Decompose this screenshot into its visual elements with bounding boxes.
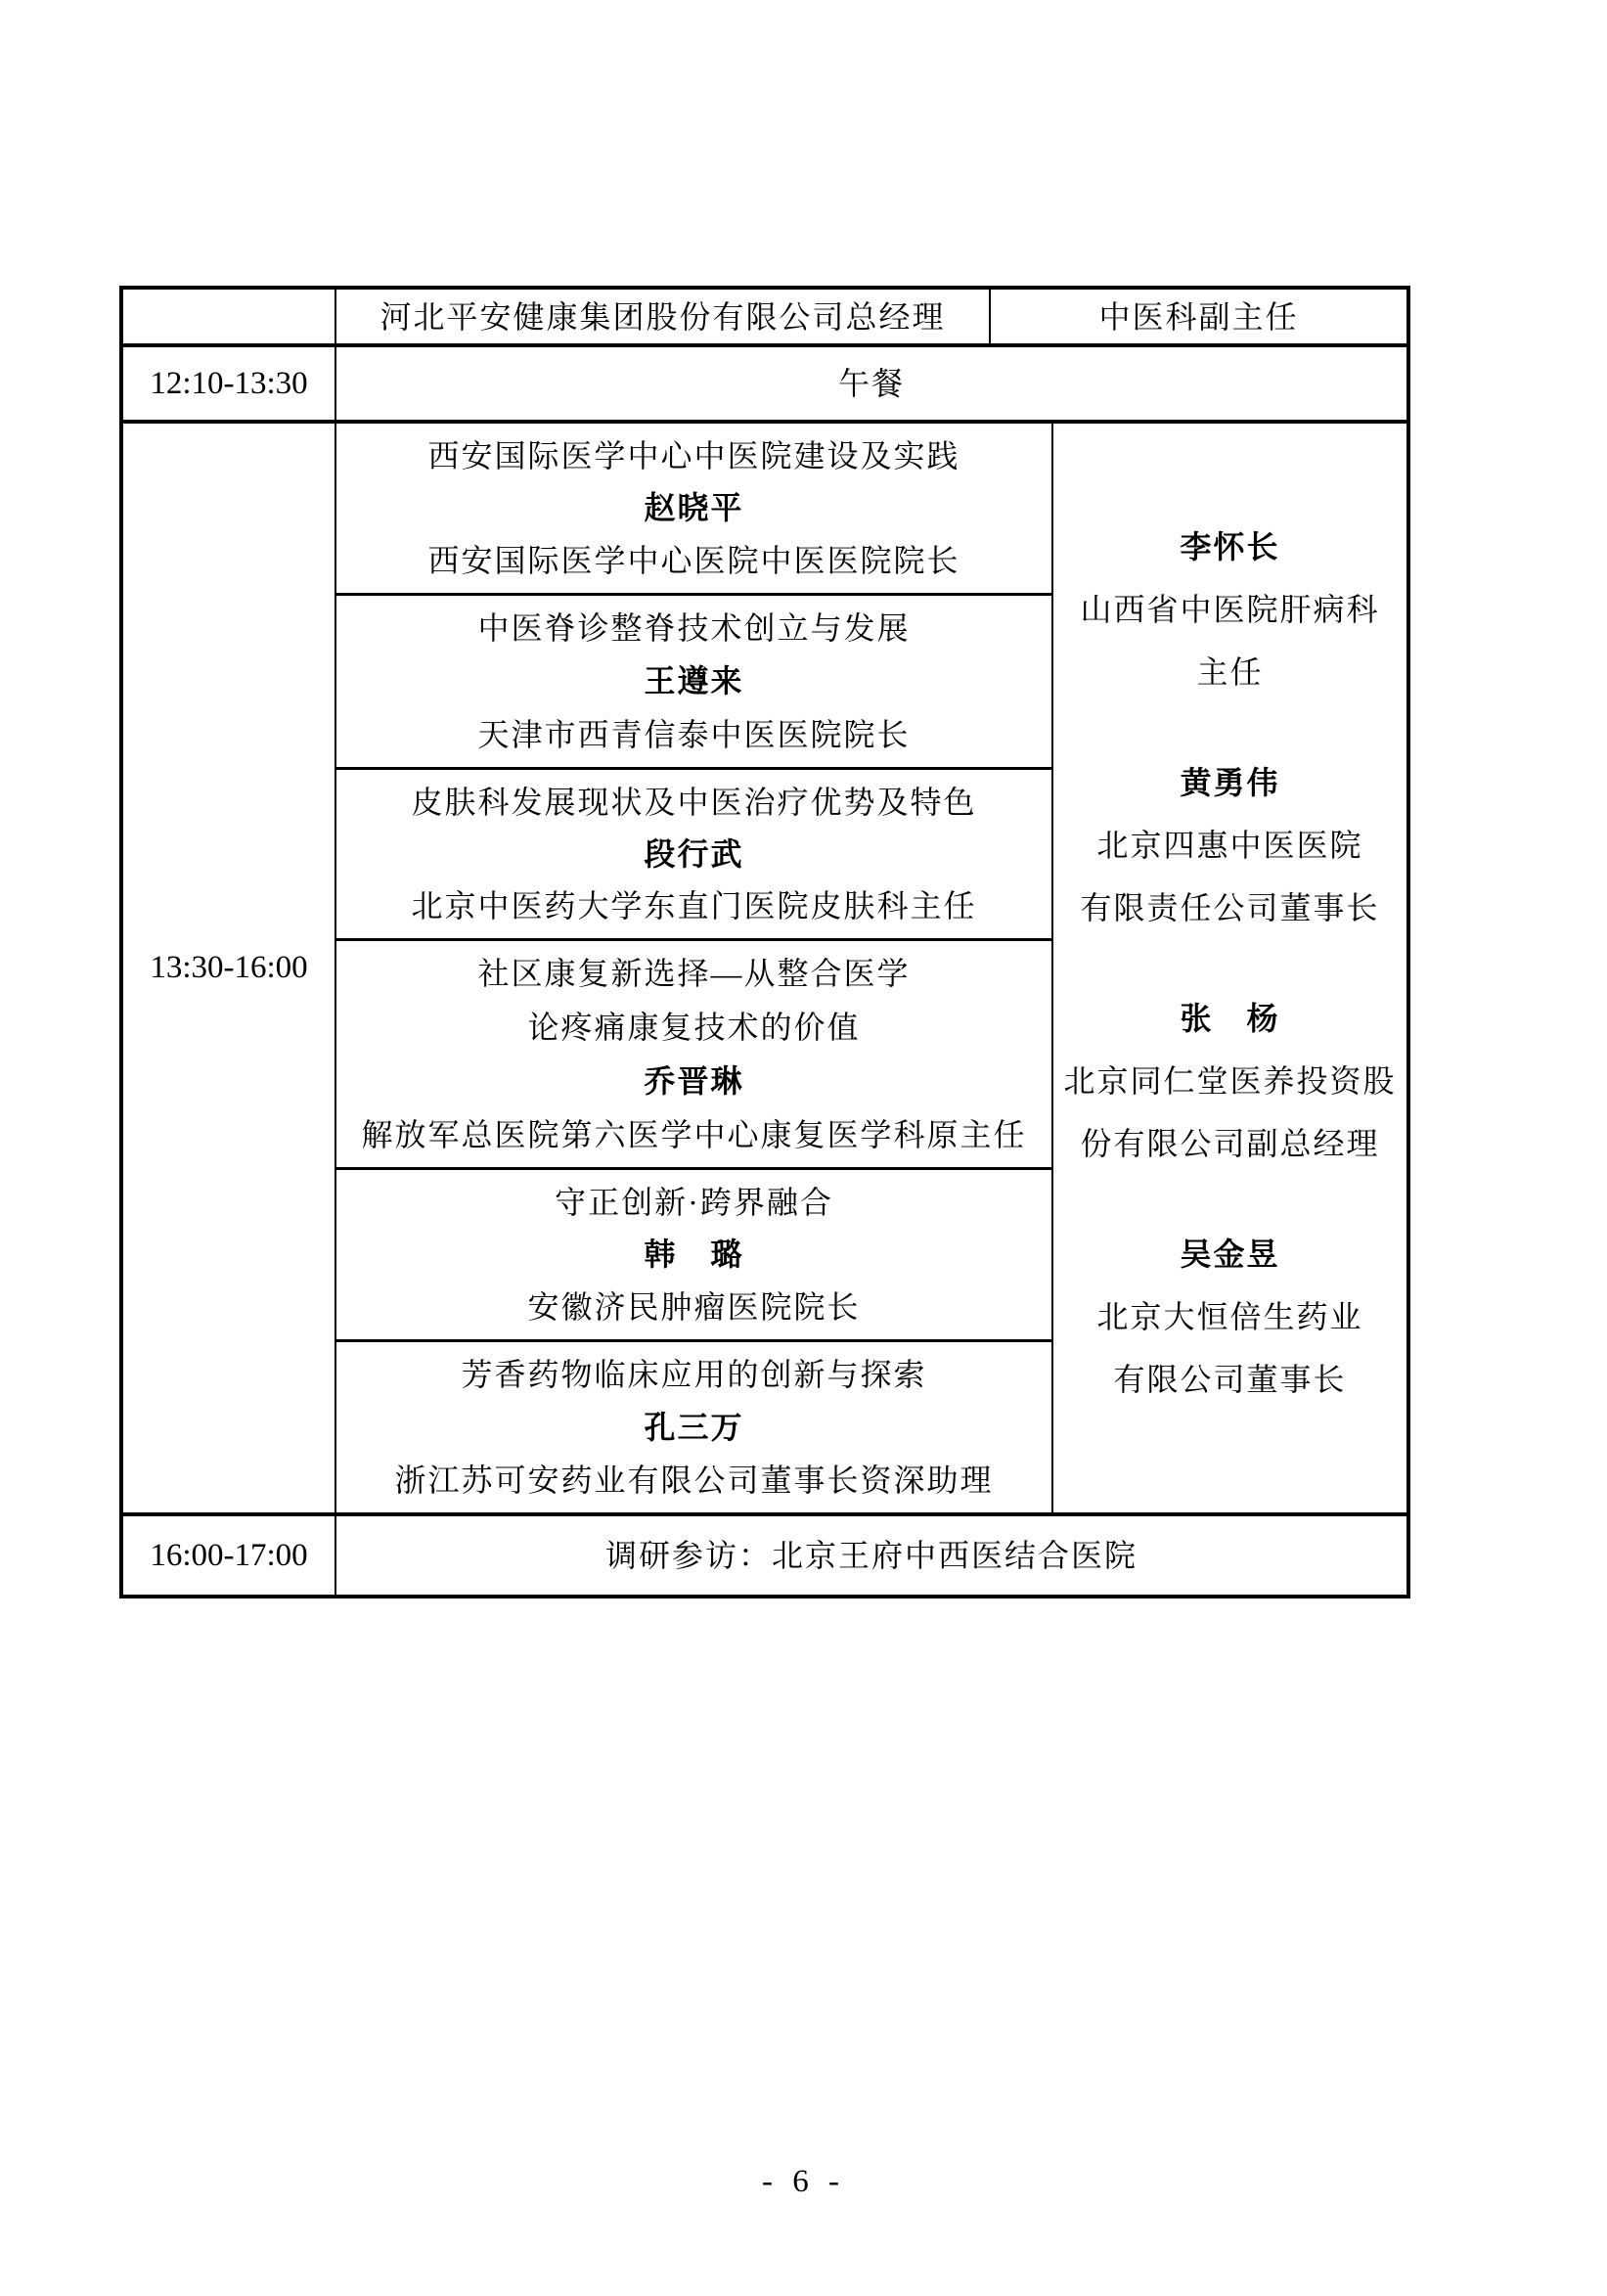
moderator-affiliation: 份有限公司副总经理 bbox=[1080, 1112, 1379, 1175]
moderator-block: 吴金昱 北京大恒倍生药业 有限公司董事长 bbox=[1059, 1223, 1401, 1411]
speaker-affiliation: 安徽济民肿瘤医院院长 bbox=[527, 1287, 860, 1327]
speaker-name: 王遵来 bbox=[644, 661, 743, 700]
speaker-name: 赵晓平 bbox=[644, 488, 743, 527]
moderator-block: 黄勇伟 北京四惠中医医院 有限责任公司董事长 bbox=[1059, 751, 1401, 939]
carryover-middle-text: 河北平安健康集团股份有限公司总经理 bbox=[336, 290, 991, 343]
schedule-table: 河北平安健康集团股份有限公司总经理 中医科副主任 12:10-13:30 午餐 … bbox=[119, 286, 1410, 1598]
session-block: 中医脊诊整脊技术创立与发展 王遵来 天津市西青信泰中医医院院长 bbox=[336, 596, 1051, 770]
session-list: 西安国际医学中心中医院建设及实践 赵晓平 西安国际医学中心医院中医医院院长 中医… bbox=[336, 424, 1053, 1512]
moderator-name: 吴金昱 bbox=[1180, 1223, 1279, 1285]
session-block: 芳香药物临床应用的创新与探索 孔三万 浙江苏可安药业有限公司董事长资深助理 bbox=[336, 1342, 1051, 1512]
page-number: - 6 - bbox=[0, 2164, 1607, 2200]
moderator-block: 张 杨 北京同仁堂医养投资股 份有限公司副总经理 bbox=[1059, 987, 1401, 1175]
time-cell-empty bbox=[123, 290, 336, 343]
lunch-content-cell: 午餐 bbox=[336, 347, 1406, 420]
visit-time-cell: 16:00-17:00 bbox=[123, 1516, 336, 1595]
moderator-affiliation: 有限公司董事长 bbox=[1113, 1348, 1346, 1411]
session-title: 西安国际医学中心中医院建设及实践 bbox=[427, 436, 960, 475]
session-title: 守正创新·跨界融合 bbox=[555, 1183, 833, 1222]
session-title: 社区康复新选择—从整合医学 bbox=[477, 954, 910, 993]
speaker-affiliation: 西安国际医学中心医院中医医院院长 bbox=[427, 541, 960, 580]
session-block: 社区康复新选择—从整合医学 论疼痛康复技术的价值 乔晋琳 解放军总医院第六医学中… bbox=[336, 941, 1051, 1170]
session-block: 皮肤科发展现状及中医治疗优势及特色 段行武 北京中医药大学东直门医院皮肤科主任 bbox=[336, 770, 1051, 941]
moderator-name: 李怀长 bbox=[1180, 516, 1279, 578]
moderator-name: 张 杨 bbox=[1180, 987, 1279, 1050]
moderator-affiliation: 山西省中医院肝病科 bbox=[1080, 578, 1379, 641]
session-block: 西安国际医学中心中医院建设及实践 赵晓平 西安国际医学中心医院中医医院院长 bbox=[336, 424, 1051, 596]
moderator-block: 李怀长 山西省中医院肝病科 主任 bbox=[1059, 516, 1401, 703]
document-page: 河北平安健康集团股份有限公司总经理 中医科副主任 12:10-13:30 午餐 … bbox=[0, 0, 1607, 2296]
speaker-name: 乔晋琳 bbox=[644, 1061, 743, 1101]
speaker-name: 段行武 bbox=[644, 834, 743, 874]
moderator-affiliation: 北京大恒倍生药业 bbox=[1096, 1285, 1362, 1348]
table-row-lunch: 12:10-13:30 午餐 bbox=[123, 347, 1406, 424]
moderator-name: 黄勇伟 bbox=[1180, 751, 1279, 814]
speaker-affiliation: 北京中医药大学东直门医院皮肤科主任 bbox=[411, 886, 976, 925]
session-block: 守正创新·跨界融合 韩 璐 安徽济民肿瘤医院院长 bbox=[336, 1170, 1051, 1342]
session-title: 皮肤科发展现状及中医治疗优势及特色 bbox=[411, 783, 976, 822]
moderator-column: 李怀长 山西省中医院肝病科 主任 黄勇伟 北京四惠中医医院 有限责任公司董事长 … bbox=[1053, 424, 1406, 1512]
speaker-name: 孔三万 bbox=[644, 1408, 743, 1447]
table-row-visit: 16:00-17:00 调研参访：北京王府中西医结合医院 bbox=[123, 1516, 1406, 1595]
lunch-time-cell: 12:10-13:30 bbox=[123, 347, 336, 420]
table-row-carryover: 河北平安健康集团股份有限公司总经理 中医科副主任 bbox=[123, 290, 1406, 347]
speaker-affiliation: 浙江苏可安药业有限公司董事长资深助理 bbox=[394, 1461, 993, 1500]
speaker-affiliation: 解放军总医院第六医学中心康复医学科原主任 bbox=[361, 1115, 1026, 1154]
session-title-line2: 论疼痛康复技术的价值 bbox=[527, 1008, 860, 1047]
table-row-afternoon: 13:30-16:00 西安国际医学中心中医院建设及实践 赵晓平 西安国际医学中… bbox=[123, 424, 1406, 1516]
speaker-affiliation: 天津市西青信泰中医医院院长 bbox=[477, 715, 910, 754]
session-title: 芳香药物临床应用的创新与探索 bbox=[461, 1355, 926, 1394]
carryover-right-text: 中医科副主任 bbox=[991, 290, 1406, 343]
speaker-name: 韩 璐 bbox=[644, 1235, 743, 1274]
afternoon-time-cell: 13:30-16:00 bbox=[123, 424, 336, 1512]
moderator-affiliation: 北京同仁堂医养投资股 bbox=[1063, 1050, 1396, 1112]
moderator-affiliation: 主任 bbox=[1196, 641, 1263, 703]
moderator-affiliation: 北京四惠中医医院 bbox=[1096, 814, 1362, 877]
session-title: 中医脊诊整脊技术创立与发展 bbox=[477, 608, 910, 648]
visit-content-cell: 调研参访：北京王府中西医结合医院 bbox=[336, 1516, 1406, 1595]
moderator-affiliation: 有限责任公司董事长 bbox=[1080, 877, 1379, 939]
